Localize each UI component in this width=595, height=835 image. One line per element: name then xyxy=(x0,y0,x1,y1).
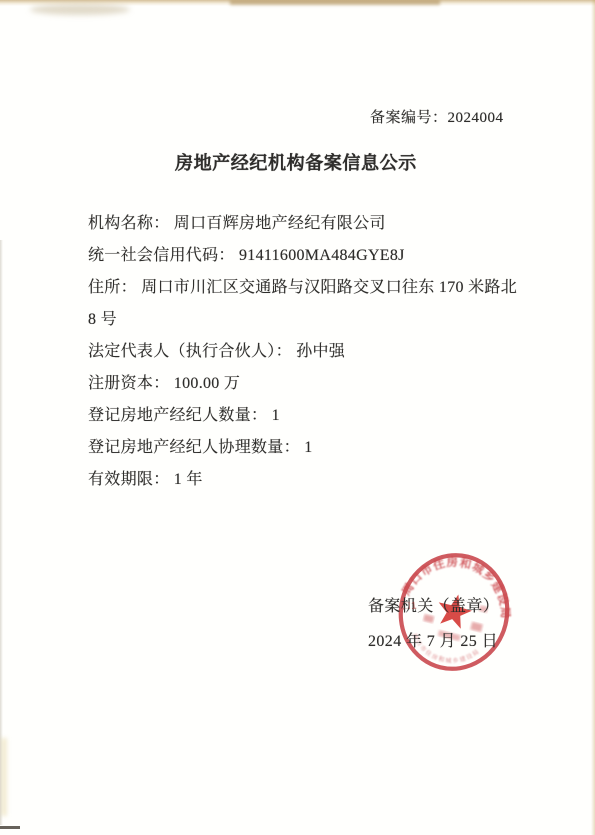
field-broker-count: 登记房地产经纪人数量： 1 xyxy=(88,400,538,432)
field-address-line2: 8 号 xyxy=(88,304,538,336)
seal-overlap-artifact: 口1 xyxy=(400,596,417,612)
scanned-document-page: 备案编号：2024004 房地产经纪机构备案信息公示 机构名称： 周口百辉房地产… xyxy=(0,0,595,835)
field-registered-capital: 注册资本： 100.00 万 xyxy=(88,368,538,400)
document-footer: 备案机关（盖章） 2024 年 7 月 25 日 xyxy=(368,589,499,659)
document-body: 机构名称： 周口百辉房地产经纪有限公司 统一社会信用代码： 91411600MA… xyxy=(88,208,538,496)
field-validity-period: 有效期限： 1 年 xyxy=(88,464,538,496)
scan-streak-left xyxy=(1,738,7,816)
filing-number: 备案编号：2024004 xyxy=(370,106,504,127)
field-address-line1: 住所： 周口市川汇区交通路与汉阳路交叉口往东 170 米路北 xyxy=(88,272,538,304)
field-org-name: 机构名称： 周口百辉房地产经纪有限公司 xyxy=(88,208,538,240)
field-legal-representative: 法定代表人（执行合伙人）： 孙中强 xyxy=(88,336,538,368)
document-title: 房地产经纪机构备案信息公示 xyxy=(175,149,417,175)
filing-authority-line: 备案机关（盖章） xyxy=(368,589,499,624)
filing-date-line: 2024 年 7 月 25 日 xyxy=(368,624,499,659)
scan-edge-top-shadow xyxy=(230,0,440,5)
scan-edge-right xyxy=(591,0,595,835)
scan-mark-bottom-left xyxy=(0,826,20,829)
scan-smudge-top-left xyxy=(30,4,130,15)
field-broker-assistant-count: 登记房地产经纪人协理数量： 1 xyxy=(88,432,538,464)
field-credit-code: 统一社会信用代码： 91411600MA484GYE8J xyxy=(88,240,538,272)
